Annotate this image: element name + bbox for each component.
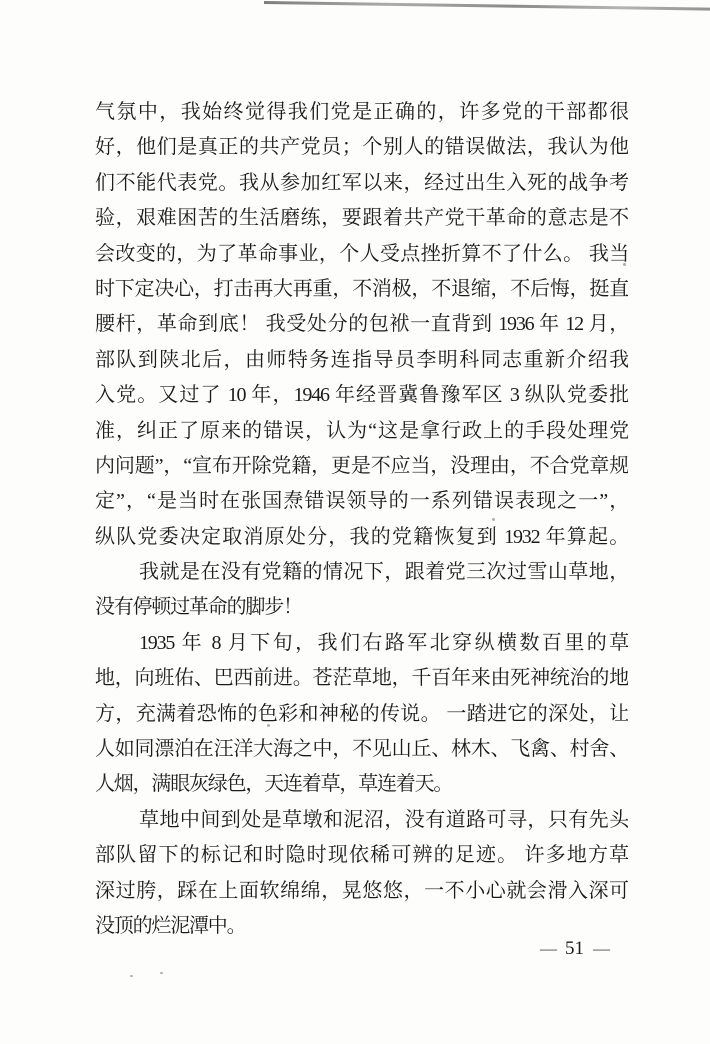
text-line: 入党。又过了 10 年，1946 年经晋冀鲁豫军区 3 纵队党委批 — [95, 378, 628, 413]
text-line: 验，艰难困苦的生活磨练，要跟着共产党干革命的意志是不 — [95, 201, 628, 236]
text-line: 会改变的，为了革命事业，个人受点挫折算不了什么。 我当 — [95, 237, 628, 272]
text-line: 部队到陕北后，由师特务连指导员李明科同志重新介绍我 — [95, 343, 628, 378]
scan-speck — [267, 724, 270, 727]
text-line: 地，向班佑、巴西前进。苍茫草地，千百年来由死神统治的地 — [95, 661, 628, 696]
text-line: 人如同漂泊在汪洋大海之中，不见山丘、林木、飞禽、村舍、 — [95, 732, 628, 767]
text-line: 们不能代表党。我从参加红军以来，经过出生入死的战争考 — [95, 166, 628, 201]
scan-speck — [623, 263, 626, 266]
text-line: 准，纠正了原来的错误，认为“这是拿行政上的手段处理党 — [95, 414, 628, 449]
page-number: 51 — [565, 938, 584, 960]
scanned-book-page: 气氛中，我始终觉得我们党是正确的，许多党的干部都很好，他们是真正的共产党员；个别… — [0, 0, 710, 1044]
text-line: 1935 年 8 月下旬，我们右路军北穿纵横数百里的草 — [95, 626, 628, 661]
scan-edge-artifact — [264, 1, 710, 10]
scan-speck — [130, 975, 133, 977]
scan-speck — [492, 518, 495, 521]
text-line: 时下定决心，打击再大再重，不消极，不退缩，不后悔，挺直 — [95, 272, 628, 307]
text-line: 好，他们是真正的共产党员；个别人的错误做法，我认为他 — [95, 130, 628, 165]
scan-speck — [160, 972, 163, 974]
text-line: 没有停顿过革命的脚步！ — [95, 590, 628, 625]
text-line: 纵队党委决定取消原处分，我的党籍恢复到 1932 年算起。 — [95, 520, 628, 555]
footer-dash-right: — — [593, 939, 609, 959]
text-line: 定”，“是当时在张国焘错误领导的一系列错误表现之一”， — [95, 484, 628, 519]
body-text: 气氛中，我始终觉得我们党是正确的，许多党的干部都很好，他们是真正的共产党员；个别… — [95, 95, 628, 944]
text-line: 深过胯，踩在上面软绵绵，晃悠悠，一不小心就会滑入深可 — [95, 874, 628, 909]
text-line: 方，充满着恐怖的色彩和神秘的传说。 一踏进它的深处，让 — [95, 697, 628, 732]
page-footer: — 51 — — [540, 938, 609, 960]
text-line: 部队留下的标记和时隐时现依稀可辨的足迹。 许多地方草 — [95, 838, 628, 873]
text-line: 内问题”，“宣布开除党籍，更是不应当，没理由，不合党章规 — [95, 449, 628, 484]
text-line: 气氛中，我始终觉得我们党是正确的，许多党的干部都很 — [95, 95, 628, 130]
footer-dash-left: — — [540, 939, 556, 959]
text-line: 我就是在没有党籍的情况下，跟着党三次过雪山草地， — [95, 555, 628, 590]
text-line: 草地中间到处是草墩和泥沼，没有道路可寻，只有先头 — [95, 803, 628, 838]
text-line: 人烟，满眼灰绿色，天连着草，草连着天。 — [95, 767, 628, 802]
text-line: 腰杆，革命到底！ 我受处分的包袱一直背到 1936 年 12 月， — [95, 307, 628, 342]
